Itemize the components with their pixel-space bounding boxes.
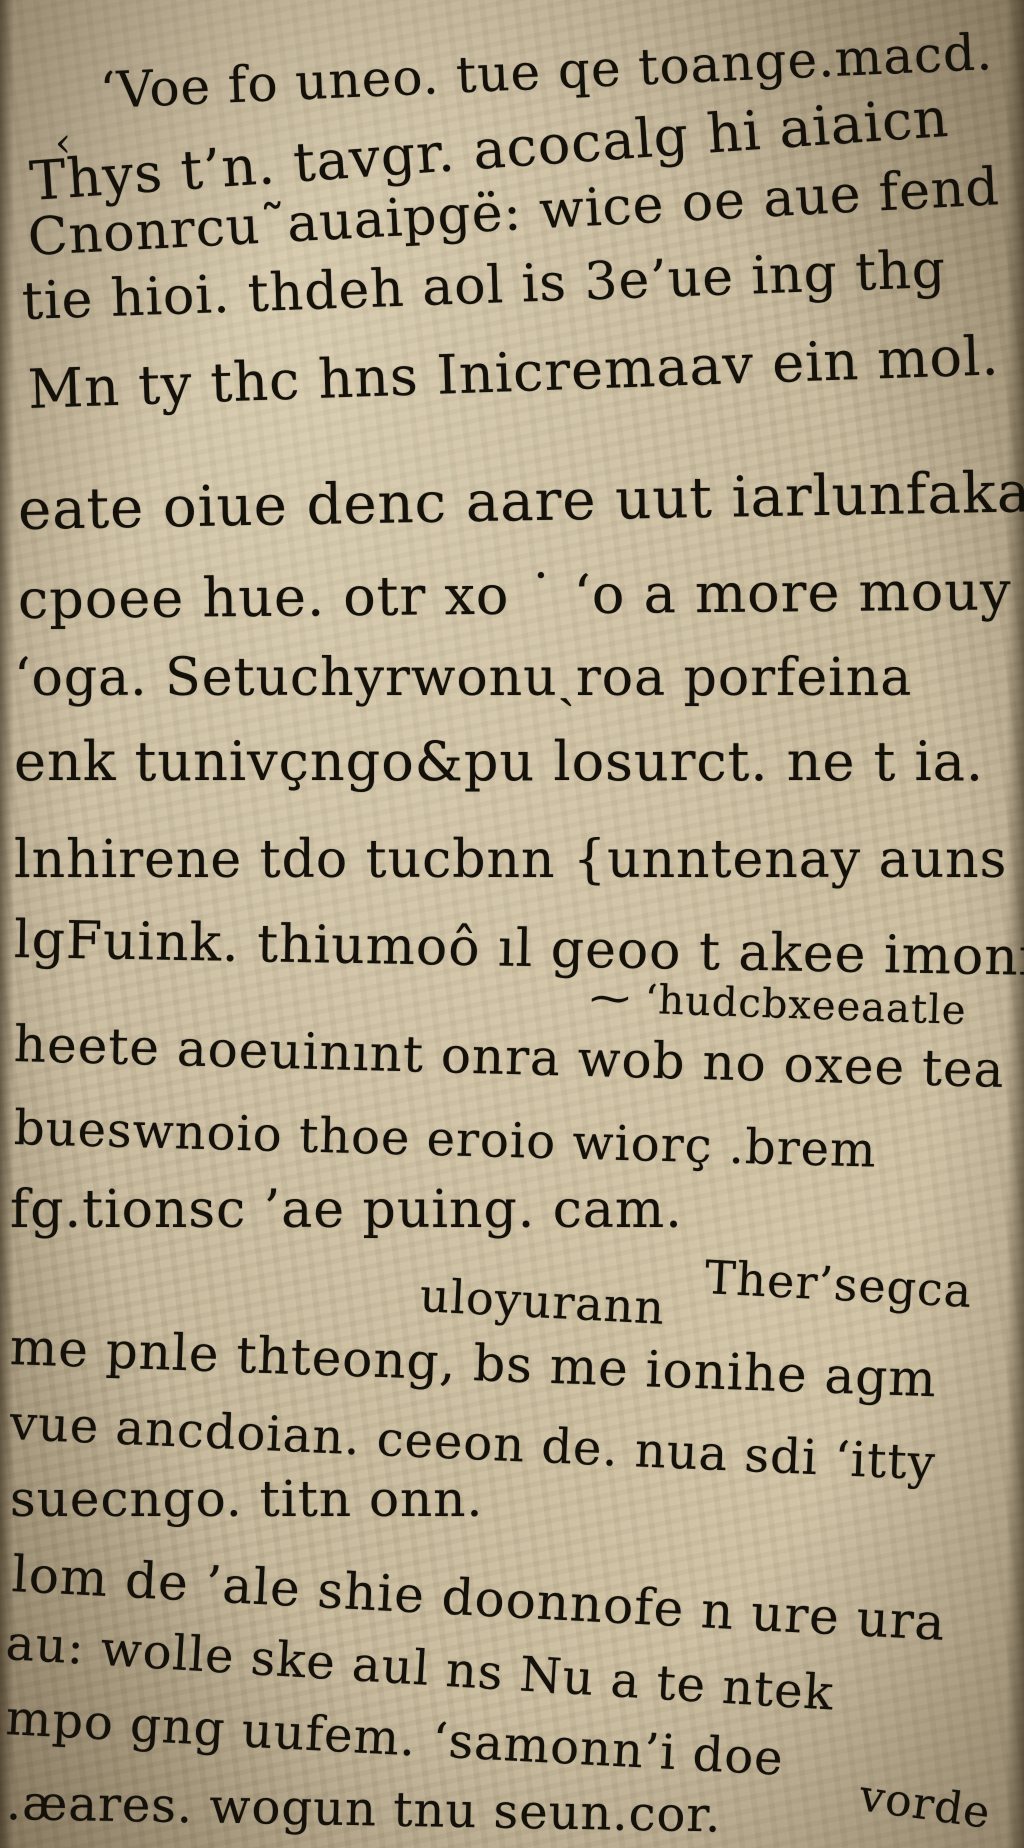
script-line: eate oiue denc aare uut iarlunfaka. [17, 460, 1024, 543]
script-line: me pnle thteong, bs me ionihe agm [9, 1318, 938, 1408]
script-line: lgFuink. thiumoô ıl geoo t akee imonia [13, 910, 1024, 988]
script-line: ‘oga. Setuchyrwonuˏroa porfeina [14, 648, 912, 708]
script-line: fg.tionsc ’ae puing. cam. [10, 1180, 683, 1240]
script-line: cpoee hue. otr xo ˙ ‘o a more mouy [18, 559, 1012, 631]
script-line: lnhirene tdo tucbnn {unntenay auns [14, 830, 1007, 890]
page-edge-shadow-right [1006, 0, 1024, 1848]
script-line: suecngo. titn onn. [10, 1470, 483, 1528]
parchment-page: ‘Voe fo uneo. tue qe toange.macd. ‹ Thys… [0, 0, 1024, 1848]
script-line: uloyurann [419, 1268, 667, 1335]
script-line: .æares. wogun tnu seun.cor. [6, 1775, 722, 1843]
script-line: enk tunivçngo&pu losurct. ne t ia. [14, 730, 984, 793]
script-line: Ther’segca [704, 1250, 974, 1318]
script-line: vorde [856, 1770, 993, 1839]
script-line: Mn ty thc hns Inicremaav ein mol. [27, 324, 1001, 421]
script-line: bueswnoio thoe eroio wiorç .brem [13, 1100, 877, 1179]
